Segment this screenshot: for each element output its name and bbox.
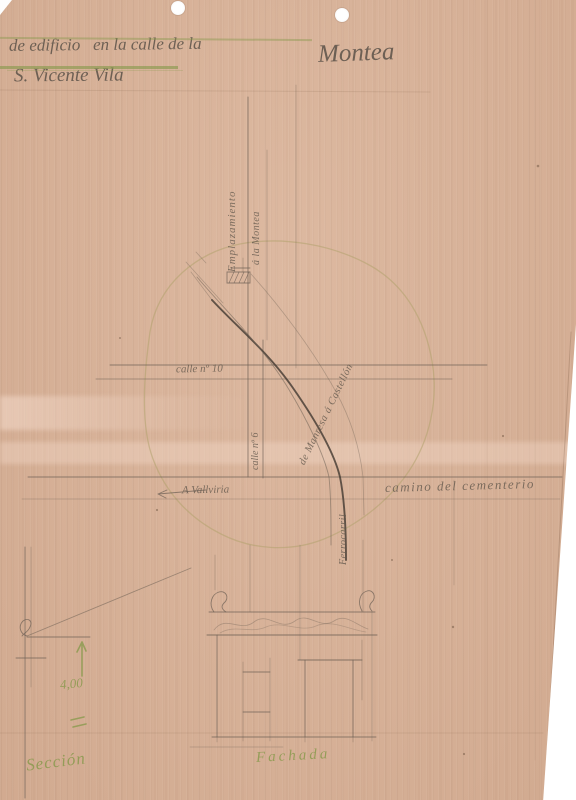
label-calle-6: calle nº 6 bbox=[250, 432, 261, 470]
railway-road-edge-right bbox=[251, 274, 364, 515]
label-a-vallviria: A Vallviria bbox=[182, 484, 229, 497]
paper-fleck bbox=[452, 626, 454, 628]
railway-curve bbox=[212, 300, 346, 560]
fence-scroll-decoration bbox=[220, 624, 366, 633]
equals-mark bbox=[71, 717, 86, 727]
section-diagonal bbox=[27, 568, 191, 636]
property-outline bbox=[144, 241, 434, 548]
fence-scroll-decoration bbox=[214, 618, 368, 630]
scanned-drawing-sheet: de edificio en la calle de la Montea S. … bbox=[0, 0, 576, 800]
label-calle-10: calle nº 10 bbox=[176, 363, 223, 376]
label-a-la-montea: á la Montea bbox=[251, 211, 262, 265]
dimension-arrow bbox=[77, 642, 86, 676]
fence-post-finial bbox=[211, 592, 227, 612]
page-title-line2: S. Vicente Vila bbox=[0, 43, 124, 110]
paper-fleck bbox=[502, 435, 504, 437]
green-underline bbox=[0, 66, 178, 69]
paper-fleck bbox=[391, 559, 393, 561]
page-title-emphasis: Montea bbox=[292, 10, 396, 97]
paper-fleck bbox=[156, 509, 158, 511]
railway-curve-ext bbox=[191, 272, 212, 300]
label-emplazamiento: Emplazamiento bbox=[226, 191, 238, 272]
punch-hole bbox=[335, 8, 349, 22]
label-ferrocarril: Ferrocarril bbox=[338, 514, 349, 565]
building-hatch bbox=[229, 272, 249, 283]
window-lines bbox=[243, 672, 270, 712]
sketch-strokes bbox=[186, 252, 223, 303]
baseline-ticks bbox=[217, 737, 372, 742]
section-ornament bbox=[20, 619, 31, 636]
site-plan-drawing bbox=[0, 0, 576, 800]
paper-fleck bbox=[119, 337, 121, 339]
paper-fleck bbox=[537, 165, 540, 168]
paper-fleck bbox=[463, 753, 465, 755]
railway-road-edge-left bbox=[197, 277, 331, 545]
fence-post-finial bbox=[360, 591, 375, 611]
label-dimension-400: 4,00 bbox=[59, 675, 83, 693]
punch-hole bbox=[171, 1, 185, 15]
door-jambs bbox=[305, 660, 353, 737]
